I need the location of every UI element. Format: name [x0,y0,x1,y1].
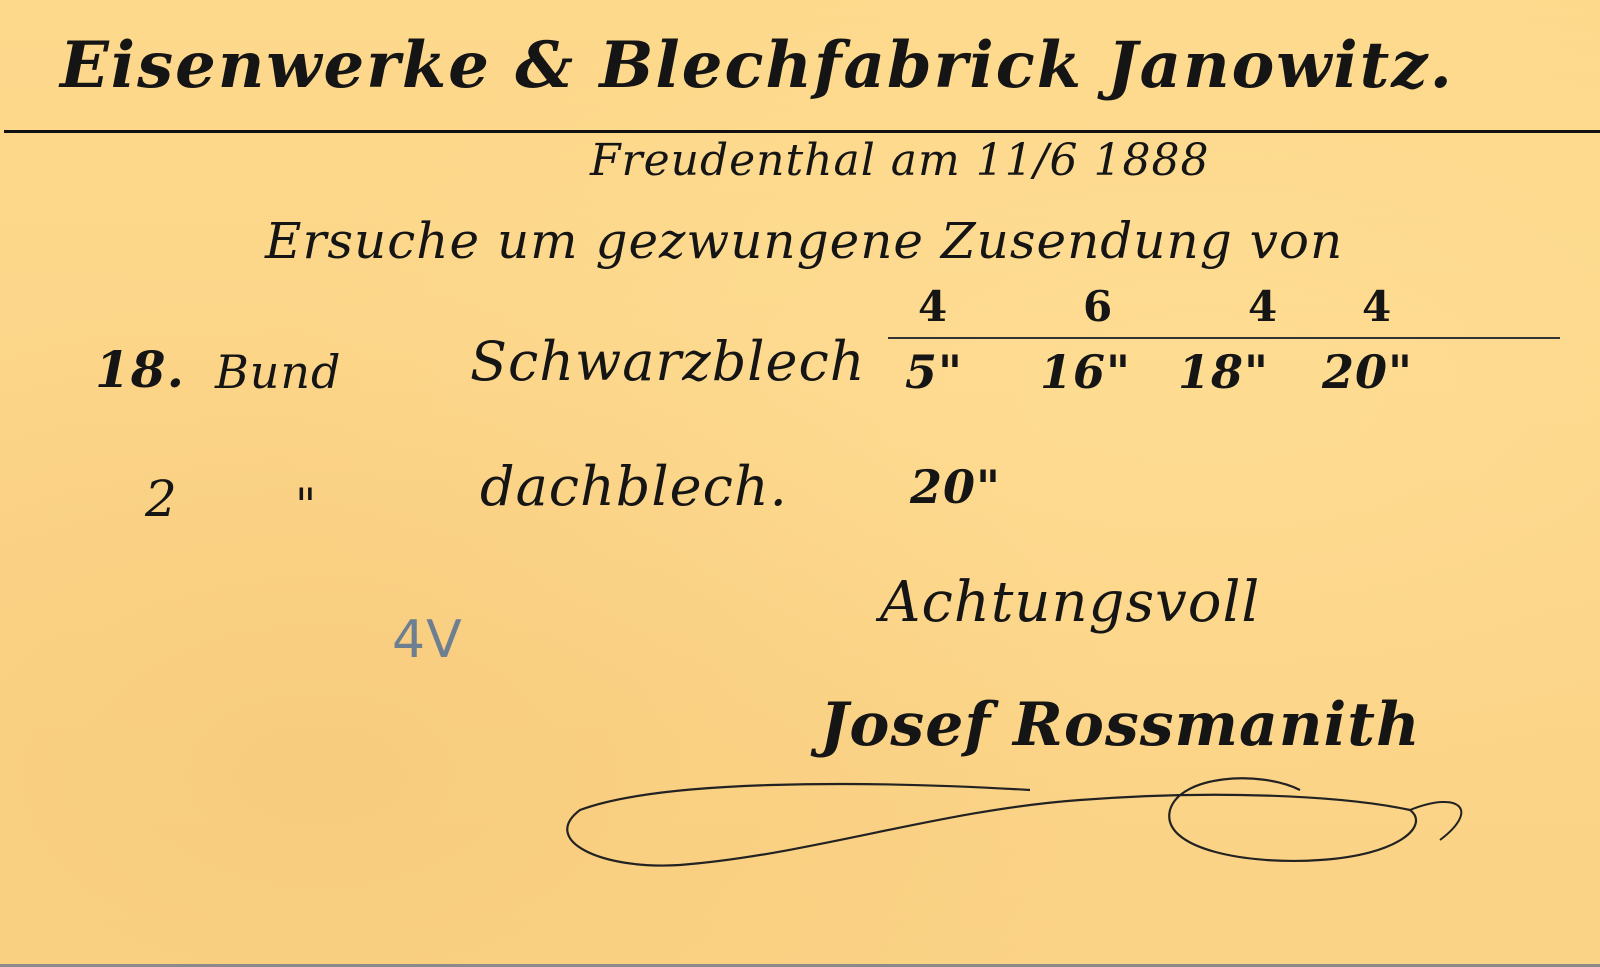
row-2-item: dachblech. [480,455,788,518]
closing: Achtungsvoll [880,570,1260,635]
letterhead-rule [4,130,1600,133]
numerator-1: 4 [918,282,948,331]
row-1-item: Schwarzblech [470,330,866,393]
signature: Josef Rossmanith [820,690,1421,760]
fraction-rule [888,337,1560,339]
denominator-4: 20" [1322,345,1413,399]
row-2-quantity: 2 [145,470,178,528]
row-1-unit: Bund [215,345,342,399]
letterhead-title: Eisenwerke & Blechfabrick Janowitz. [60,28,1454,103]
postcard: Eisenwerke & Blechfabrick Janowitz. Freu… [0,0,1600,967]
pencil-annotation: 4V [392,610,463,670]
denominator-1: 5" [905,345,963,399]
denominator-2: 16" [1040,345,1131,399]
numerator-3: 4 [1248,282,1278,331]
denominator-3: 18" [1178,345,1269,399]
signature-flourish-icon [560,770,1480,900]
greeting-line: Ersuche um gezwungene Zusendung von [265,212,1343,270]
row-1-quantity: 18. [95,340,185,399]
numerator-4: 4 [1362,282,1392,331]
date-line: Freudenthal am 11/6 1888 [590,135,1210,186]
numerator-2: 6 [1083,282,1113,331]
row-2-unit: " [295,478,317,532]
row-2-size: 20" [910,460,1001,514]
